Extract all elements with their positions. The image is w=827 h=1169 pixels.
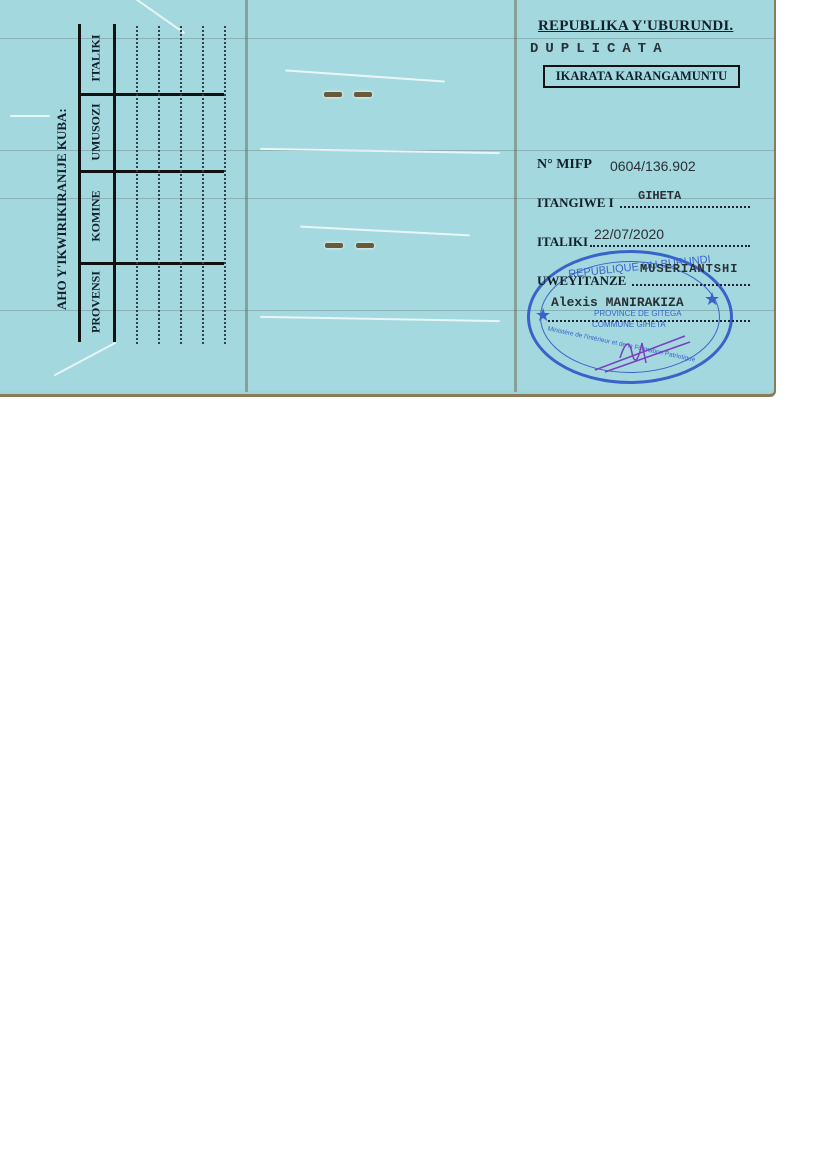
dotted-line	[620, 206, 750, 208]
staple-mark	[354, 92, 372, 97]
dotted-line	[632, 284, 750, 286]
issuer-name: Alexis MANIRAKIZA	[551, 295, 684, 310]
signature	[590, 328, 700, 378]
star-icon: ★	[535, 305, 551, 326]
staple-mark	[325, 243, 343, 248]
print-line	[0, 38, 774, 39]
card-title-box: IKARATA KARANGAMUNTU	[543, 65, 740, 88]
issuer-label: UWEYITANZE	[537, 273, 626, 289]
crease	[10, 115, 50, 117]
date-label: ITALIKI	[537, 234, 588, 250]
column-header-italiki: ITALIKI	[89, 34, 104, 81]
table-border	[113, 24, 116, 342]
duplicate-stamp: DUPLICATA	[530, 41, 669, 57]
date-value: 22/07/2020	[594, 226, 664, 242]
fold-line	[245, 0, 248, 392]
issuer-title: MUSERIANTSHI	[640, 262, 738, 276]
column-header-provensi: PROVENSI	[89, 271, 104, 333]
table-row-line	[180, 26, 182, 344]
mifp-label: N° MIFP	[537, 157, 592, 173]
dotted-line	[590, 245, 750, 247]
stamp-province-text: PROVINCE DE GITEGA	[594, 309, 682, 318]
star-icon: ★	[704, 289, 720, 310]
table-row-line	[202, 26, 204, 344]
table-row-line	[158, 26, 160, 344]
issued-at-label: ITANGIWE I	[537, 195, 614, 211]
middle-panel	[248, 0, 514, 390]
fold-line	[514, 0, 517, 392]
dotted-line	[548, 320, 750, 322]
residence-history-title: AHO Y'IKWIRIKIRANIJE KUBA:	[54, 30, 70, 310]
left-panel	[0, 0, 246, 390]
table-row-line	[136, 26, 138, 344]
column-header-umusozi: UMUSOZI	[89, 103, 104, 160]
staple-mark	[356, 243, 374, 248]
mifp-value: 0604/136.902	[610, 158, 696, 174]
column-header-komine: KOMINE	[89, 190, 104, 241]
staple-mark	[324, 92, 342, 97]
republic-heading: REPUBLIKA Y'UBURUNDI.	[538, 18, 733, 35]
table-border	[78, 24, 81, 342]
issued-at-value: GIHETA	[638, 189, 681, 203]
table-row-line	[224, 26, 226, 344]
